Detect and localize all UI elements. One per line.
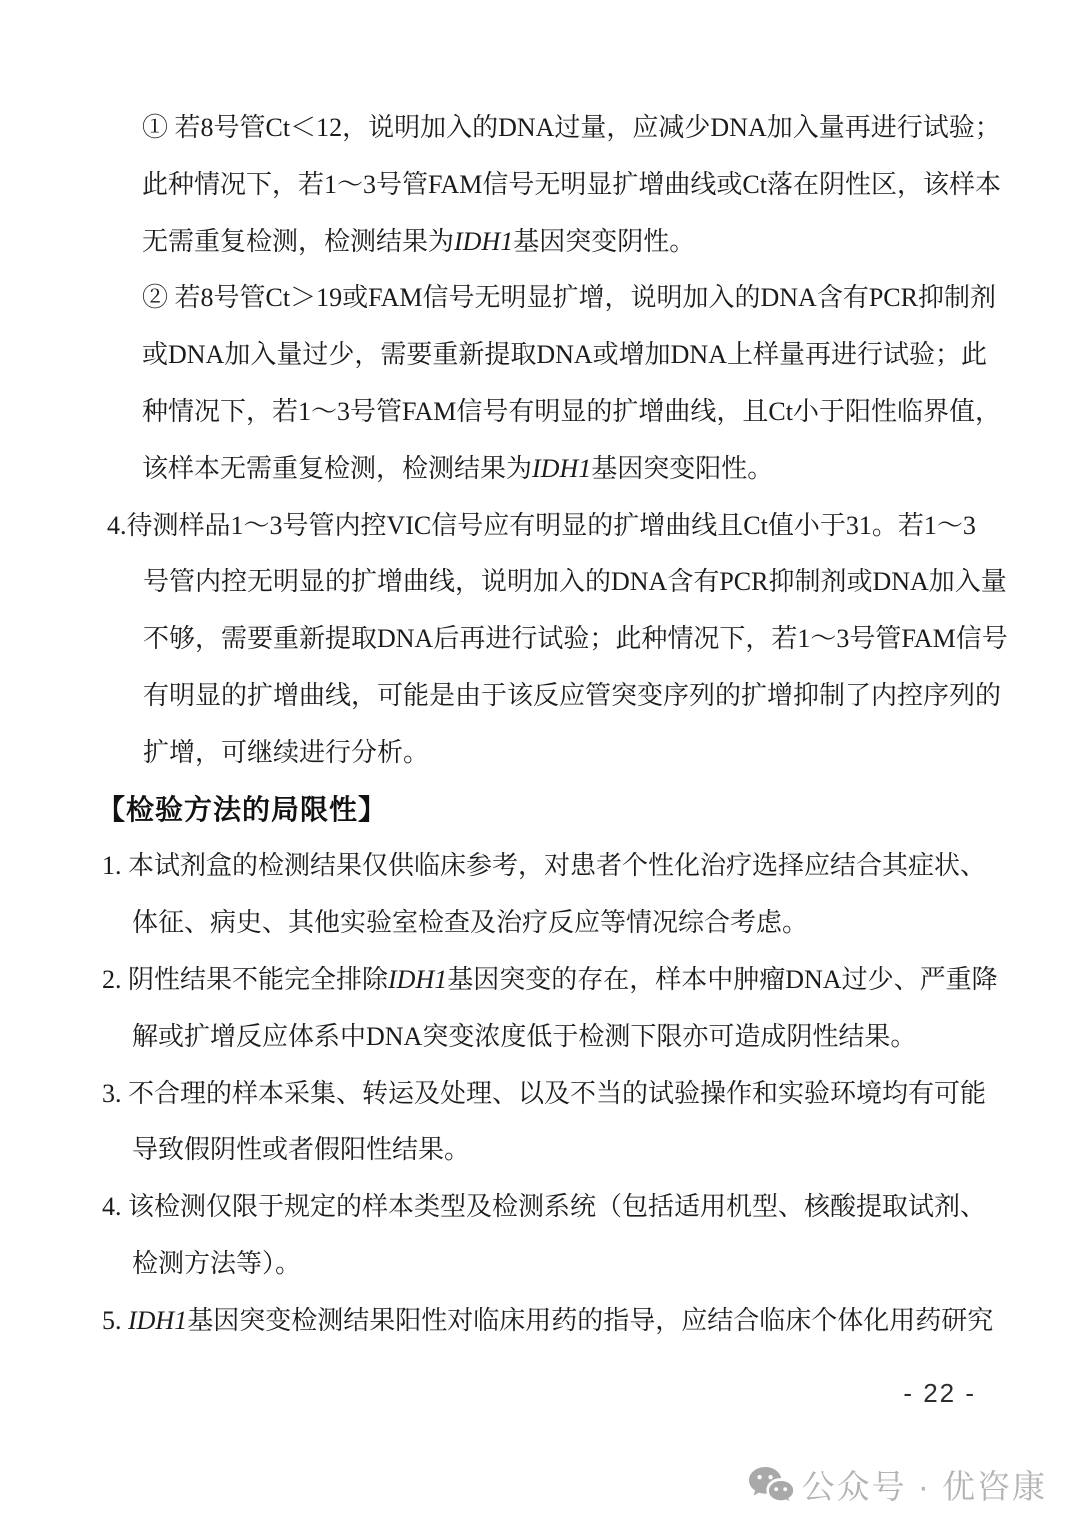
document-body: ① 若8号管Ct＜12，说明加入的DNA过量，应减少DNA加入量再进行试验；此种… [97,100,1037,1350]
text-line: 扩增，可继续进行分析。 [97,725,1037,782]
text-line: 该样本无需重复检测，检测结果为IDH1基因突变阳性。 [97,441,1037,498]
text-run: 导致假阴性或者假阳性结果。 [132,1135,470,1164]
text-line: ② 若8号管Ct＞19或FAM信号无明显扩增，说明加入的DNA含有PCR抑制剂 [97,270,1037,327]
text-run: 基因突变检测结果阳性对临床用药的指导，应结合临床个体化用药研究 [187,1306,993,1335]
limitation-item-5: 5. IDH1基因突变检测结果阳性对临床用药的指导，应结合临床个体化用药研究 [97,1293,1037,1350]
text-line: 号管内控无明显的扩增曲线，说明加入的DNA含有PCR抑制剂或DNA加入量 [97,554,1037,611]
text-line: 【检验方法的局限性】 [97,782,1037,839]
text-run: 解或扩增反应体系中DNA突变浓度低于检测下限亦可造成阴性结果。 [132,1022,916,1051]
wechat-icon [749,1466,793,1504]
text-line: 不够，需要重新提取DNA后再进行试验；此种情况下，若1～3号管FAM信号 [97,611,1037,668]
watermark-text: 公众号 · 优咨康 [802,1461,1047,1508]
text-run: 4.待测样品1～3号管内控VIC信号应有明显的扩增曲线且Ct值小于31。若1～3 [107,511,976,540]
text-line: 有明显的扩增曲线，可能是由于该反应管突变序列的扩增抑制了内控序列的 [97,668,1037,725]
text-line: 体征、病史、其他实验室检查及治疗反应等情况综合考虑。 [97,895,1037,952]
text-line: 解或扩增反应体系中DNA突变浓度低于检测下限亦可造成阴性结果。 [97,1009,1037,1066]
text-run: 有明显的扩增曲线，可能是由于该反应管突变序列的扩增抑制了内控序列的 [143,681,1001,710]
text-line: ① 若8号管Ct＜12，说明加入的DNA过量，应减少DNA加入量再进行试验； [97,100,1037,157]
text-run: 基因突变的存在，样本中肿瘤DNA过少、严重降 [447,965,997,994]
text-run: 2. 阴性结果不能完全排除 [102,965,388,994]
text-line: 1. 本试剂盒的检测结果仅供临床参考，对患者个性化治疗选择应结合其症状、 [97,838,1037,895]
gene-name-italic: IDH1 [532,454,591,483]
text-line: 或DNA加入量过少，需要重新提取DNA或增加DNA上样量再进行试验；此 [97,327,1037,384]
text-line: 5. IDH1基因突变检测结果阳性对临床用药的指导，应结合临床个体化用药研究 [97,1293,1037,1350]
clause-circled-2: ② 若8号管Ct＞19或FAM信号无明显扩增，说明加入的DNA含有PCR抑制剂或… [97,270,1037,497]
text-run: 基因突变阴性。 [513,227,695,256]
text-run: 种情况下，若1～3号管FAM信号有明显的扩增曲线，且Ct小于阳性临界值， [142,397,1001,426]
text-line: 无需重复检测，检测结果为IDH1基因突变阴性。 [97,214,1037,271]
text-line: 2. 阴性结果不能完全排除IDH1基因突变的存在，样本中肿瘤DNA过少、严重降 [97,952,1037,1009]
text-run: 该样本无需重复检测，检测结果为 [142,454,532,483]
limitation-item-4: 4. 该检测仅限于规定的样本类型及检测系统（包括适用机型、核酸提取试剂、检测方法… [97,1179,1037,1293]
text-line: 此种情况下，若1～3号管FAM信号无明显扩增曲线或Ct落在阴性区，该样本 [97,157,1037,214]
text-line: 导致假阴性或者假阳性结果。 [97,1122,1037,1179]
text-run: 【检验方法的局限性】 [97,794,387,825]
limitation-item-2: 2. 阴性结果不能完全排除IDH1基因突变的存在，样本中肿瘤DNA过少、严重降解… [97,952,1037,1066]
gene-name-italic: IDH1 [388,965,447,994]
document-page: ① 若8号管Ct＜12，说明加入的DNA过量，应减少DNA加入量再进行试验；此种… [0,0,1080,1527]
text-run: 此种情况下，若1～3号管FAM信号无明显扩增曲线或Ct落在阴性区，该样本 [142,170,1001,199]
text-run: 1. 本试剂盒的检测结果仅供临床参考，对患者个性化治疗选择应结合其症状、 [102,851,986,880]
text-run: 无需重复检测，检测结果为 [142,227,454,256]
text-run: ① 若8号管Ct＜12，说明加入的DNA过量，应减少DNA加入量再进行试验； [142,113,1001,142]
gene-name-italic: IDH1 [128,1306,187,1335]
limitation-item-1: 1. 本试剂盒的检测结果仅供临床参考，对患者个性化治疗选择应结合其症状、体征、病… [97,838,1037,952]
gene-name-italic: IDH1 [454,227,513,256]
list-item-4-vic-control: 4.待测样品1～3号管内控VIC信号应有明显的扩增曲线且Ct值小于31。若1～3… [97,498,1037,782]
text-run: 不够，需要重新提取DNA后再进行试验；此种情况下，若1～3号管FAM信号 [143,624,1008,653]
text-run: 基因突变阳性。 [591,454,773,483]
text-run: 扩增，可继续进行分析。 [143,738,429,767]
text-line: 检测方法等）。 [97,1236,1037,1293]
text-run: 或DNA加入量过少，需要重新提取DNA或增加DNA上样量再进行试验；此 [142,340,987,369]
clause-circled-1: ① 若8号管Ct＜12，说明加入的DNA过量，应减少DNA加入量再进行试验；此种… [97,100,1037,270]
heading-method-limitations: 【检验方法的局限性】 [97,782,1037,839]
text-line: 3. 不合理的样本采集、转运及处理、以及不当的试验操作和实验环境均有可能 [97,1066,1037,1123]
text-run: 5. [102,1306,128,1335]
text-run: 号管内控无明显的扩增曲线，说明加入的DNA含有PCR抑制剂或DNA加入量 [143,567,1007,596]
text-run: 检测方法等）。 [132,1249,301,1278]
text-run: 4. 该检测仅限于规定的样本类型及检测系统（包括适用机型、核酸提取试剂、 [102,1192,986,1221]
watermark: 公众号 · 优咨康 [749,1461,1047,1508]
limitation-item-3: 3. 不合理的样本采集、转运及处理、以及不当的试验操作和实验环境均有可能导致假阴… [97,1066,1037,1180]
text-run: 体征、病史、其他实验室检查及治疗反应等情况综合考虑。 [132,908,808,937]
text-run: ② 若8号管Ct＞19或FAM信号无明显扩增，说明加入的DNA含有PCR抑制剂 [142,283,996,312]
text-line: 4. 该检测仅限于规定的样本类型及检测系统（包括适用机型、核酸提取试剂、 [97,1179,1037,1236]
text-run: 3. 不合理的样本采集、转运及处理、以及不当的试验操作和实验环境均有可能 [102,1079,986,1108]
text-line: 4.待测样品1～3号管内控VIC信号应有明显的扩增曲线且Ct值小于31。若1～3 [97,498,1037,555]
text-line: 种情况下，若1～3号管FAM信号有明显的扩增曲线，且Ct小于阳性临界值， [97,384,1037,441]
page-number: - 22 - [903,1378,976,1409]
